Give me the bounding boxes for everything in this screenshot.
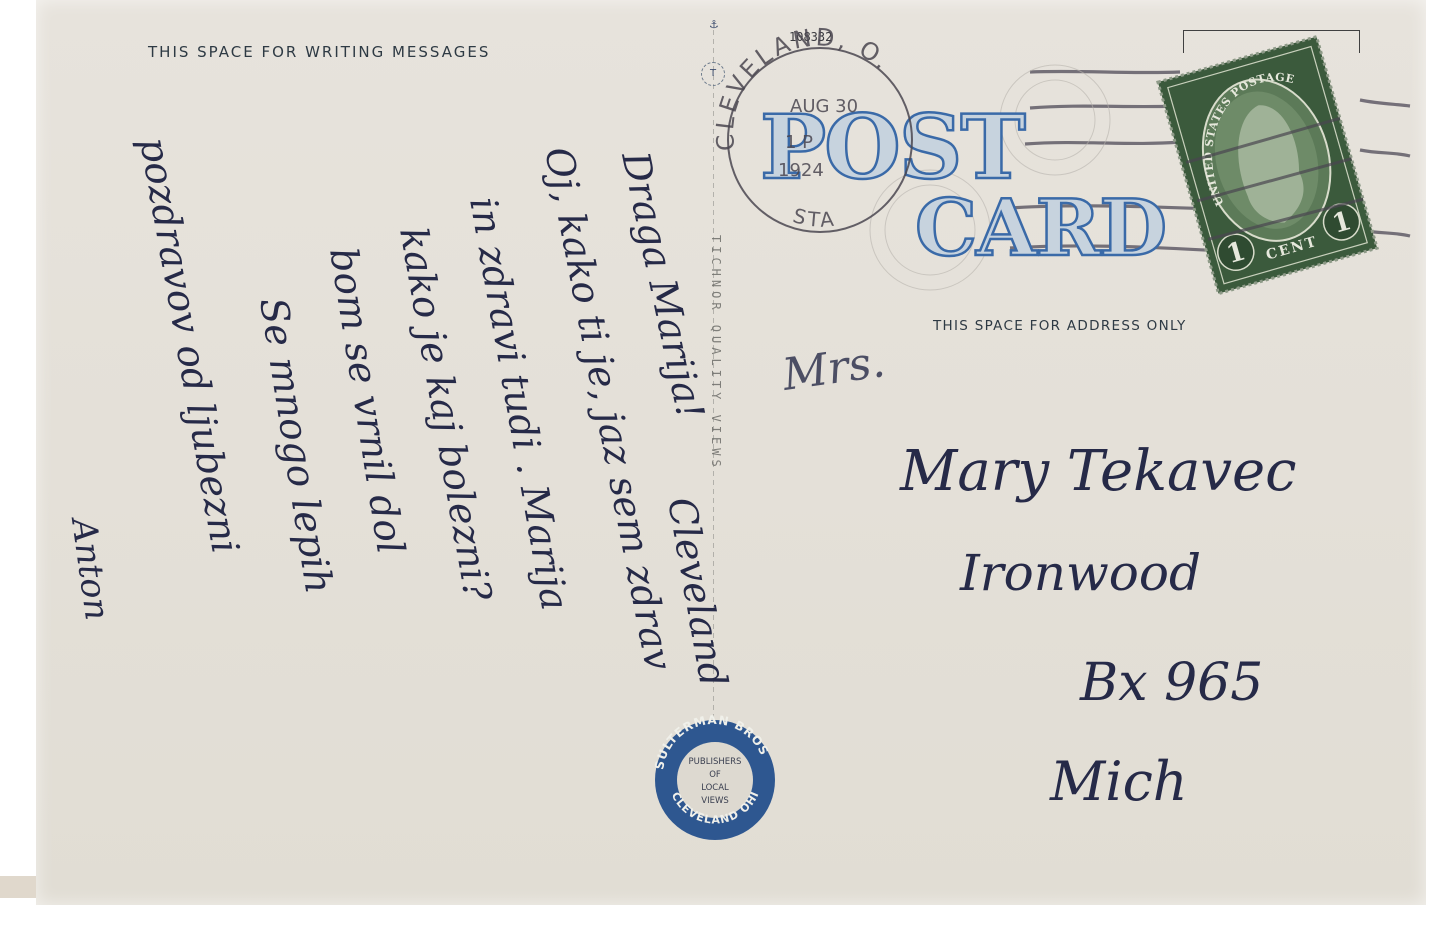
- svg-text:OF: OF: [709, 770, 721, 780]
- svg-text:pozdravov od ljubezni: pozdravov od ljubezni: [131, 134, 248, 557]
- svg-text:LOCAL: LOCAL: [701, 783, 729, 793]
- svg-text:Mary Tekavec: Mary Tekavec: [899, 439, 1297, 504]
- svg-text:Mrs.: Mrs.: [778, 336, 888, 401]
- svg-text:AUG 30: AUG 30: [790, 96, 858, 117]
- svg-text:Se mnogo lepih: Se mnogo lepih: [251, 295, 341, 597]
- svg-text:PUBLISHERS: PUBLISHERS: [689, 757, 742, 767]
- svg-text:CARD: CARD: [915, 183, 1166, 274]
- svg-text:VIEWS: VIEWS: [701, 796, 729, 806]
- svg-text:Ironwood: Ironwood: [959, 544, 1201, 602]
- post-card-title: POST CARD: [760, 95, 1166, 274]
- svg-text:Anton: Anton: [63, 513, 117, 623]
- postage-stamp: 1 1 CENT UNITED STATES POSTAGE: [1158, 37, 1377, 294]
- svg-text:Mich: Mich: [1049, 750, 1188, 813]
- svg-text:1 P: 1 P: [785, 132, 813, 153]
- svg-text:Draga Marija!: Draga Marija!: [613, 147, 713, 423]
- svg-text:bom se vrnil dol: bom se vrnil dol: [321, 245, 413, 557]
- handwritten-address: Mrs. Mary Tekavec Ironwood Bx 965 Mich: [778, 336, 1296, 813]
- svg-text:STA: STA: [790, 203, 837, 232]
- handwritten-message: Cleveland Draga Marija! Oj, kako ti je, …: [63, 134, 736, 690]
- postcard-artwork: 1 1 CENT UNITED STATES POSTAGE POST CARD…: [0, 0, 1445, 927]
- svg-text:Bx 965: Bx 965: [1079, 653, 1263, 713]
- svg-text:1924: 1924: [778, 160, 824, 181]
